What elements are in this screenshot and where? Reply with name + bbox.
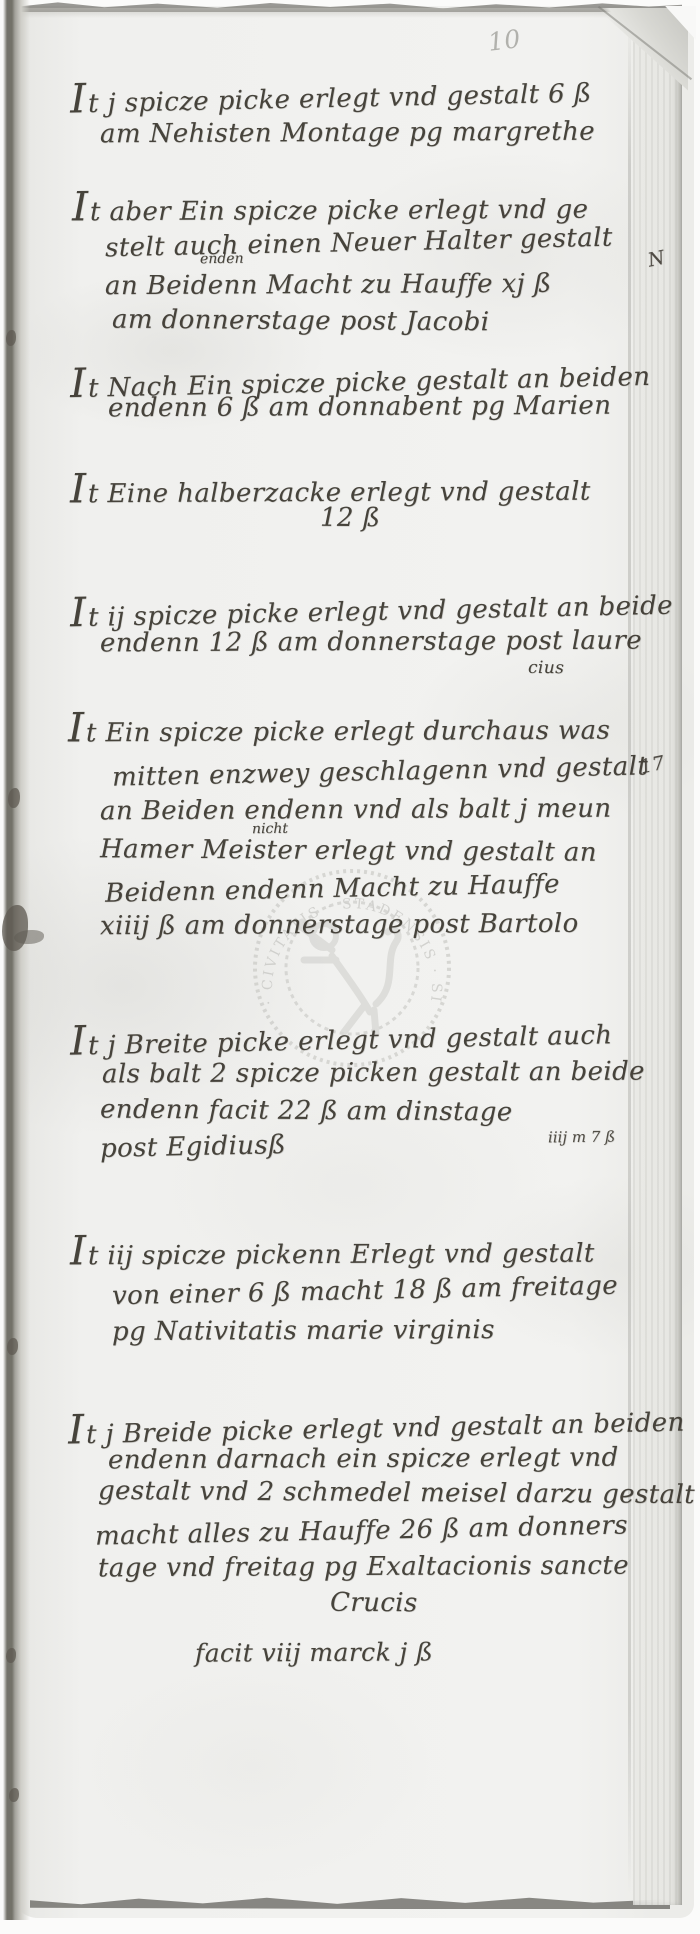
entry-5-line-3: cius (528, 660, 564, 677)
entry-6-line-3: an Beiden endenn vnd als balt j meun (100, 796, 612, 825)
entry-4-line-2: 12 ß (320, 505, 381, 531)
entry-7-marginal-note: iiij m 7 ß (548, 1130, 615, 1146)
margin-mark-1: N (646, 248, 667, 270)
entry-7-line-2: als balt 2 spicze picken gestalt an beid… (102, 1059, 645, 1088)
page-top-edge-shadow (18, 8, 682, 18)
entry-2-line-3: an Beidenn Macht zu Hauffe xj ß (105, 271, 552, 299)
entry-3-line-2: endenn 6 ß am donnabent pg Marien (108, 393, 611, 422)
entry-9-line-3: gestalt vnd 2 schmedel meisel darzu gest… (98, 1478, 695, 1508)
entry-2-line-1: It aber Ein spicze picke erlegt vnd ge (72, 185, 589, 228)
entry-6-superscript: nicht (252, 822, 288, 836)
binding-gutter (0, 0, 30, 1920)
entry-9-line-6: Crucis (330, 1590, 418, 1617)
entry-2-line-4: am donnerstage post Jacobi (112, 307, 490, 336)
entry-7-line-3: endenn facit 22 ß am dinstage (100, 1097, 513, 1126)
entry-8-line-1: It iij spicze pickenn Erlegt vnd gestalt (70, 1229, 595, 1272)
entry-8-line-3: pg Nativitatis marie virginis (112, 1317, 495, 1345)
entry-6-line-4: Hamer Meister erlegt vnd gestalt an (100, 836, 597, 865)
entry-6-line-6: xiiij ß am donnerstage post Bartolo (100, 911, 579, 940)
entry-1-line-2: am Nehisten Montage pg margrethe (100, 119, 595, 148)
entry-5-line-2: endenn 12 ß am donnerstage post laure (100, 628, 642, 657)
folio-number: 10 (487, 26, 522, 55)
entry-2-superscript: enden (200, 252, 244, 267)
summary-line: facit viij marck j ß (195, 1639, 433, 1665)
entry-9-line-2: endenn darnach ein spicze erlegt vnd (108, 1445, 619, 1474)
entry-9-line-5: tage vnd freitag pg Exaltacionis sancte (98, 1553, 629, 1582)
entry-7-line-4: post Egidiusß (100, 1132, 286, 1162)
page-right-edge (633, 10, 682, 1905)
margin-mark-2: 17 (638, 754, 666, 778)
page-crease (628, 14, 631, 1894)
entry-6-line-1: It Ein spicze picke erlegt durchaus was (68, 706, 610, 749)
